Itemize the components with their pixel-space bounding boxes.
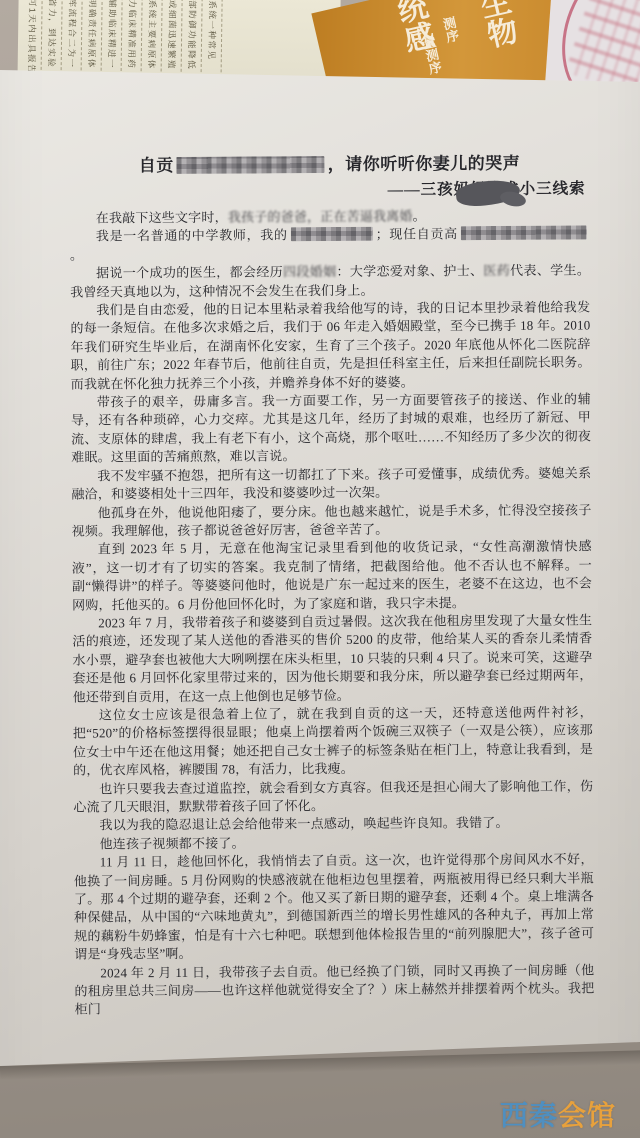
text-segment: ，请你听听你妻儿的哭声 <box>328 154 521 174</box>
brochure-text: 量测序 <box>418 34 445 76</box>
document-title: 自贡，请你听听你妻儿的哭声 <box>69 148 589 176</box>
text-segment: 他连孩子视频都不接了。 <box>100 835 245 851</box>
redaction-block <box>461 226 587 241</box>
paragraph: 我是一名普通的中学教师，我的；现任自贡高。 <box>70 225 590 265</box>
text-segment: ：大学恋爱对象、护士、 <box>336 263 483 279</box>
text-segment: 2024 年 2 月 11 日，我带孩子去自贡。他已经换了门锁，同时又再换了一间… <box>74 962 594 1017</box>
blurred-text: 四段婚姻 <box>283 264 337 279</box>
paragraph: 2023 年 7 月，我带着孩子和婆婆到自贡过暑假。这次我在他租房里发现了大量女… <box>72 611 593 706</box>
photo-of-document: 可1天内出具报告省力，到达实验库流程合二为一明确责任病原体辅助临床精进一力临床精… <box>0 0 640 1138</box>
paragraph: 也许只要我去查过道监控，就会看到女方真容。但我还是担心闹大了影响他工作，伤心流了… <box>73 777 593 817</box>
text-segment: 我是一名普通的中学教师，我的 <box>96 228 288 244</box>
brochure-text: 生物 <box>467 0 523 52</box>
text-segment: 自贡 <box>139 156 174 175</box>
paragraph: 2024 年 2 月 11 日，我带孩子去自贡。他已经换了门锁，同时又再换了一间… <box>74 961 594 1019</box>
text-segment: 直到 2023 年 5 月，无意在他淘宝记录里看到他的收货记录，“女性高潮激情快… <box>72 539 592 612</box>
brochure-text: 测序 <box>438 15 462 45</box>
document-text: 自贡，请你听听你妻儿的哭声 ——三孩妈妈泣求小三线索 在我敲下这些文字时，我孩子… <box>69 148 594 1019</box>
text-segment: 我以为我的隐忍退让总会给他带来一点感动，唤起些许良知。我错了。 <box>99 815 508 832</box>
paragraph: 据说一个成功的医生，都会经历四段婚姻：大学恋爱对象、护士、医药代表、学生。我曾经… <box>70 262 590 302</box>
paragraph: 他孤身在外，他说他阳痿了，要分床。他也越来越忙，说是手术多，忙得没空接孩子视频。… <box>72 501 592 541</box>
text-segment: 据说一个成功的医生，都会经历 <box>96 265 283 281</box>
text-segment: 也许只要我去查过道监控，就会看到女方真容。但我还是担心闹大了影响他工作，伤心流了… <box>73 778 593 815</box>
document-body: 在我敲下这些文字时，我孩子的爸爸，正在苦逼我离婚。我是一名普通的中学教师，我的；… <box>70 206 595 1019</box>
text-segment: 他孤身在外，他说他阳痿了，要分床。他也越来越忙，说是手术多，忙得没空接孩子视频。… <box>72 502 592 539</box>
redaction-block <box>177 156 325 174</box>
blurred-text: 我孩子的爸爸，正在苦逼我离婚 <box>228 209 413 225</box>
text-segment: 。 <box>70 247 83 262</box>
paragraph: 直到 2023 年 5 月，无意在他淘宝记录里看到他的收货记录，“女性高潮激情快… <box>72 538 592 615</box>
watermark-text-blue: 西秦 <box>500 1100 558 1131</box>
text-segment: 。 <box>413 208 426 223</box>
watermark: 西秦会馆 <box>500 1094 616 1134</box>
paragraph: 11 月 11 日，趁他回怀化，我悄悄去了自贡。这一次，也许觉得那个房间风水不好… <box>74 851 595 965</box>
text-segment: 2023 年 7 月，我带着孩子和婆婆到自贡过暑假。这次我在他租房里发现了大量女… <box>72 612 592 704</box>
text-segment: 这位女士应该是很急着上位了，就在我到自贡的这一天，还特意送他两件衬衫，把“520… <box>73 704 593 777</box>
text-segment: 我们是自由恋爱，他的日记本里粘录着我给他写的诗，我的日记本里抄录着他给我发的每一… <box>70 299 590 391</box>
text-segment: ；现任自贡高 <box>376 227 458 243</box>
seal-characters <box>565 0 640 94</box>
paragraph: 这位女士应该是很急着上位了，就在我到自贡的这一天，还特意送他两件衬衫，把“520… <box>73 703 593 780</box>
text-segment: 在我敲下这些文字时， <box>96 210 228 226</box>
paragraph: 我们是自由恋爱，他的日记本里粘录着我给他写的诗，我的日记本里抄录着他给我发的每一… <box>70 298 591 393</box>
watermark-text-orange: 会馆 <box>558 1100 616 1131</box>
text-segment: 带孩子的艰辛，毋庸多言。我一方面要工作，另一方面要管孩子的接送、作业的辅导，还有… <box>71 391 591 464</box>
text-segment: 我不发牢骚不抱怨，把所有这一切都扛了下来。孩子可爱懂事，成绩优秀。婆媳关系融洽，… <box>71 465 591 502</box>
blurred-text: 医药 <box>483 263 510 278</box>
text-segment: 11 月 11 日，趁他回怀化，我悄悄去了自贡。这一次，也许觉得那个房间风水不好… <box>74 852 594 962</box>
redaction-block <box>291 227 373 242</box>
paragraph: 我不发牢骚不抱怨，把所有这一切都扛了下来。孩子可爱懂事，成绩优秀。婆媳关系融洽，… <box>71 464 591 504</box>
paragraph: 带孩子的艰辛，毋庸多言。我一方面要工作，另一方面要管孩子的接送、作业的辅导，还有… <box>71 390 591 467</box>
